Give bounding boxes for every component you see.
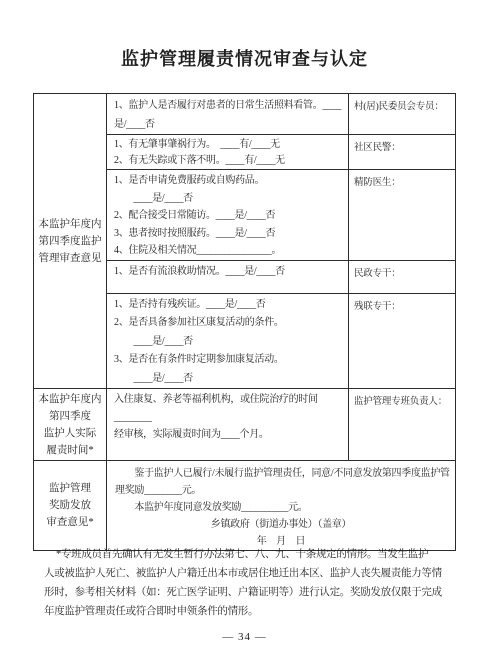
duty-time-line: 经审核，实际履责时间为____个月。 <box>114 426 346 444</box>
table-row: 本监护年度内 第四季度监护 管理审查意见 1、监护人是否履行对患者的日常生活照料… <box>34 94 456 135</box>
footnote-line: 人或被监护人死亡、被监护人户籍迁出本市或居住地迁出本区、监护人丧失履责能力等情 <box>44 564 448 583</box>
question-line: 3、是否在有条件时定期参加康复活动。 <box>114 351 346 370</box>
blank-underline: ________ <box>114 409 346 427</box>
question-line: 2、有无失踪或下落不明。____有/____无 <box>114 153 346 169</box>
questions-cell-disability-rehab: 1、是否持有残疾证。____是/____否 2、是否具备参加社区康复活动的条件。… <box>107 293 349 389</box>
section-label-quarter-review: 本监护年度内 第四季度监护 管理审查意见 <box>34 94 107 389</box>
section-label-line: 本监护年度内 <box>34 391 106 408</box>
question-line: 4、住院及相关情况________________。 <box>114 242 346 260</box>
document-page: 监护管理履责情况审查与认定 本监护年度内 第四季度监护 管理审查意见 1、监护人… <box>0 0 489 672</box>
footnote-line: *专班成员首先确认有无发生暂行办法第七、八、九、十条规定的情形。当发生监护 <box>44 545 448 564</box>
reviewer-label: 村(居)民委员会专员： <box>354 98 455 112</box>
section-label-line: 第四季度监护 <box>34 233 106 250</box>
reviewer-label: 残联专干： <box>354 298 455 312</box>
reviewer-cell-psychiatric-doctor: 精防医生： <box>349 170 456 261</box>
questions-cell-vagrancy-aid: 1、是否有流浪救助情况。____是/____否 <box>107 260 349 293</box>
question-line: ____是/____否 <box>114 190 346 208</box>
page-number: — 34 — <box>0 631 489 643</box>
stamp-line: 乡镇政府（街道办事处）（盖章） <box>115 516 447 533</box>
section-label-line: 奖励发放 <box>34 497 106 514</box>
reviewer-cell-special-team-leader: 监护管理专班负责人： <box>349 389 456 461</box>
reviewer-label: 精防医生： <box>354 174 455 188</box>
page-title: 监护管理履责情况审查与认定 <box>0 45 489 71</box>
duty-time-content-cell: 入住康复、养老等福利机构，或住院治疗的时间 ________ 经审核，实际履责时… <box>107 389 349 461</box>
question-line: 1、监护人是否履行对患者的日常生活照料看管。____ <box>114 96 346 115</box>
section-label-actual-duty-time: 本监护年度内 第四季度 监护人实际 履责时间* <box>34 389 107 461</box>
question-line: ____是/____否 <box>114 370 346 389</box>
reviewer-cell-community-police: 社区民警： <box>349 135 456 170</box>
reviewer-cell-village-committee: 村(居)民委员会专员： <box>349 94 456 135</box>
question-line: 2、配合接受日常随访。____是/____否 <box>114 207 346 225</box>
reviewer-label: 民政专干： <box>354 265 455 279</box>
reward-line: 本监护年度同意发放奖励__________元。 <box>115 499 447 516</box>
questions-cell-incidents: 1、有无肇事肇祸行为。 ____有/____无 2、有无失踪或下落不明。____… <box>107 135 349 170</box>
reward-decision-cell: 鉴于监护人已履行/未履行监护管理责任，同意/不同意发放第四季度监护管 理奖励__… <box>107 461 456 551</box>
footnote: *专班成员首先确认有无发生暂行办法第七、八、九、十条规定的情形。当发生监护 人或… <box>44 545 448 621</box>
question-line: 是/____否 <box>114 115 346 134</box>
footnote-line: 年度监护管理责任或符合即时申领条件的情形。 <box>44 602 448 621</box>
question-line: 2、是否具备参加社区康复活动的条件。 <box>114 314 346 333</box>
reviewer-cell-civil-affairs: 民政专干： <box>349 260 456 293</box>
section-label-line: 监护人实际 <box>34 425 106 442</box>
section-label-line: 本监护年度内 <box>34 216 106 233</box>
section-label-line: 审查意见* <box>34 514 106 531</box>
reward-line: 鉴于监护人已履行/未履行监护管理责任，同意/不同意发放第四季度监护管 <box>115 465 447 482</box>
table-row: 监护管理 奖励发放 审查意见* 鉴于监护人已履行/未履行监护管理责任，同意/不同… <box>34 461 456 551</box>
question-line: 3、患者按时按照服药。____是/____否 <box>114 225 346 243</box>
section-label-line: 第四季度 <box>34 408 106 425</box>
table-row: 本监护年度内 第四季度 监护人实际 履责时间* 入住康复、养老等福利机构，或住院… <box>34 389 456 461</box>
question-line: 1、是否有流浪救助情况。____是/____否 <box>114 263 346 280</box>
section-label-line: 管理审查意见 <box>34 250 106 267</box>
question-line: 1、是否申请免费服药或自购药品。 <box>114 172 346 190</box>
reviewer-label: 社区民警： <box>354 139 455 153</box>
section-label-line: 履责时间* <box>34 442 106 459</box>
duty-time-line: 入住康复、养老等福利机构，或住院治疗的时间 <box>114 391 346 409</box>
question-line: 1、是否持有残疾证。____是/____否 <box>114 296 346 315</box>
question-line: ____是/____否 <box>114 333 346 352</box>
questions-cell-medication: 1、是否申请免费服药或自购药品。 ____是/____否 2、配合接受日常随访。… <box>107 170 349 261</box>
question-line: 1、有无肇事肇祸行为。 ____有/____无 <box>114 137 346 153</box>
questions-cell-daily-care: 1、监护人是否履行对患者的日常生活照料看管。____ 是/____否 <box>107 94 349 135</box>
reward-line: 理奖励________元。 <box>115 482 447 499</box>
footnote-line: 形时，参考相关材料（如：死亡医学证明、户籍证明等）进行认定。奖励发放仅限于完成 <box>44 583 448 602</box>
section-label-line: 监护管理 <box>34 480 106 497</box>
reviewer-cell-disabled-federation: 残联专干： <box>349 293 456 389</box>
reviewer-label: 监护管理专班负责人： <box>354 393 455 407</box>
section-label-reward-review: 监护管理 奖励发放 审查意见* <box>34 461 107 551</box>
guardianship-review-table: 本监护年度内 第四季度监护 管理审查意见 1、监护人是否履行对患者的日常生活照料… <box>33 93 456 551</box>
